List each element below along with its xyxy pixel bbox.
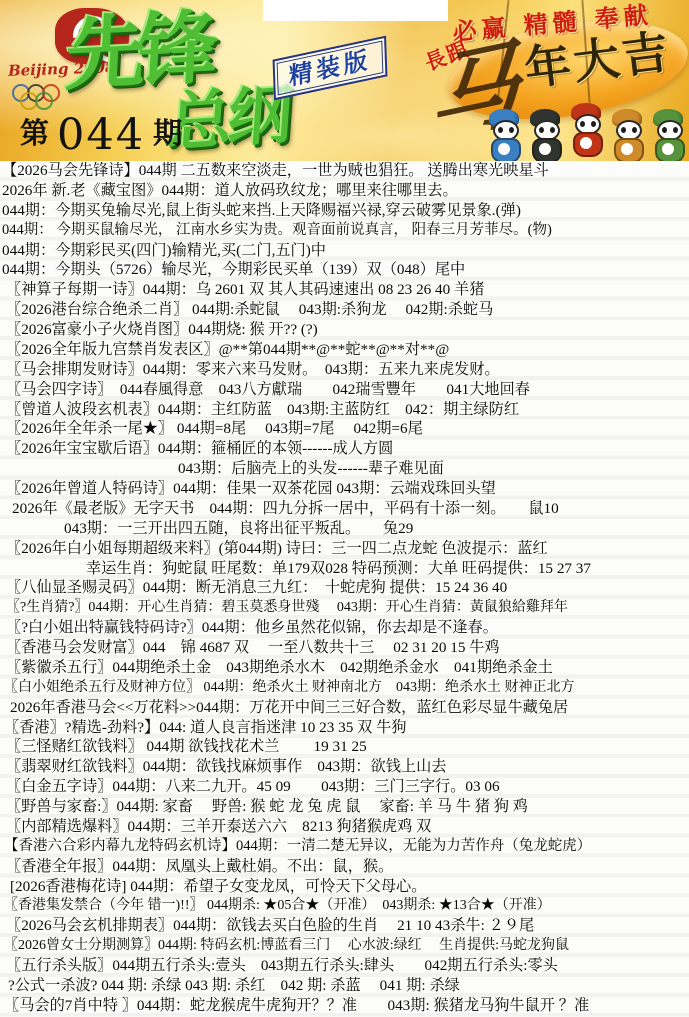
fuwa-mascot-icon <box>610 109 644 161</box>
tip-line: 〖香港〗?精选-劲料?】044: 道人良言指迷津 10 23 35 双 牛狗 <box>0 718 689 738</box>
tip-line: 〖八仙显圣赐灵码〗044期：断无消息三九红： 十蛇虎狗 提供：15 24 36 … <box>0 578 689 598</box>
tip-line: 〖白金五字诗〗044期：八来二九开。45 09 043期：三门三字行。03 06 <box>0 777 689 797</box>
tip-line: 〖香港马会发财富〗044 锦 4687 双 一至八数共十三 02 31 20 1… <box>0 638 689 658</box>
fuwa-mascot-icon <box>569 103 603 161</box>
tip-line: 〖香港全年报〗044期：凤凰头上戴杜娟。不出：鼠，猴。 <box>0 857 689 877</box>
tip-line: 2026年 新.老《藏宝图》044期：道人放码玖纹龙；哪里来往哪里去。 <box>0 181 689 201</box>
tip-line: 〖2026全年版九宫禁肖发表区〗@**第044期**@**蛇**@**对**@ <box>0 340 689 360</box>
tip-line: ?公式一杀波? 044 期: 杀绿 043 期: 杀红 042 期: 杀蓝 04… <box>0 976 689 996</box>
tip-line: 〖内部精选爆料〗044期：三羊开泰送六六 8213 狗猪猴虎鸡 双 <box>0 817 689 837</box>
tip-line: 〖紫徽杀五行〗044期绝杀土金 043期绝杀水木 042期绝杀金水 041期绝杀… <box>0 658 689 678</box>
issue-label: 第044期 <box>20 110 182 160</box>
tip-line: 〖2026港台综合绝杀二肖〗 044期:杀蛇鼠 043期:杀狗龙 042期:杀蛇… <box>0 300 689 320</box>
tip-line: 〖2026年曾道人特码诗〗044期：佳果一双茶花园 043期：云端戏珠回头望 <box>0 479 689 499</box>
fuwa-mascots <box>487 103 685 161</box>
tip-line: [2026香港梅花诗] 044期：希望子女变龙凤，可怜天下父母心。 <box>0 877 689 897</box>
tip-line: 〖2026年白小姐每期超级来料〗(第044期) 诗曰：三一四二点龙蛇 色波提示：… <box>0 539 689 559</box>
issue-prefix: 第 <box>20 118 49 150</box>
tips-list: 【2026马会先锋诗】044期 二五数来空淡走，一世为贼也猖狂。 送腾出寒光映星… <box>0 161 689 1017</box>
tip-line: 〖2026富豪小子火烧肖图〗044期烧: 猴 开?? (?) <box>0 320 689 340</box>
tip-line: 043期：一三开出四五随，良将出征平叛乱。 兔29 <box>0 519 689 539</box>
tip-sheet-page: Beijing 2008 先锋 总纲 第044期 精装版 必赢 精髓 奉献 長跟… <box>0 0 689 1017</box>
tip-line: 〖香港集发禁合（今年 错一)!!〗 044期杀: ★05合★（开准） 043期杀… <box>0 896 689 916</box>
tip-line: 〖?生肖猜?〗044期：开心生肖猜：碧玉莫悉身世殘 043期：开心生肖猜：黃鼠狼… <box>0 598 689 618</box>
tip-line: 〖神算子每期一诗〗044期：乌 2601 双 其人其码速速出 08 23 26 … <box>0 280 689 300</box>
tip-line: 〖白小姐绝杀五行及财神方位〗 044期：绝杀火土 财神南北方 043期：绝杀水土… <box>0 678 689 698</box>
tip-line: 044期：今期买兔输尽光,鼠上街头蛇来挡.上天降赐福兴禄,穿云破雾见景象.(弹) <box>0 201 689 221</box>
tip-line: 〖三怪赌红欲钱料〗 044期 欲钱找花术兰 19 31 25 <box>0 737 689 757</box>
tip-line: 〖曾道人波段玄机表〗044期：主红防蓝 043期:主蓝防红 042：期主绿防红 <box>0 400 689 420</box>
tip-line: 〖马会排期发财诗〗044期：零来六来马发财。 043期：五来九来虎发财。 <box>0 360 689 380</box>
tip-line: 〖2026年全年杀一尾★〗 044期=8尾 043期=7尾 042期=6尾 <box>0 419 689 439</box>
tip-line: 〖马会的7肖中特 〗044期：蛇龙猴虎牛虎狗开？？准 043期: 猴猪龙马狗牛鼠… <box>0 996 689 1016</box>
tip-line: 〖五行杀头版〗044期五行杀头:壹头 043期五行杀头:肆头 042期五行杀头:… <box>0 956 689 976</box>
tip-line: 043期：后脑壳上的头发------辈子难见面 <box>0 459 689 479</box>
tip-line: 幸运生肖：狗蛇鼠 旺尾数：单179双028 特码预测：大单 旺码提供：15 27… <box>0 559 689 579</box>
tip-line: 〖?白小姐出特赢钱特码诗?〗044期：他乡虽然花似锦，你去却是不逢春。 <box>0 618 689 638</box>
tip-line: 〖翡翠财红欲钱料〗044期：欲钱找麻烦事作 043期：欲钱上山去 <box>0 757 689 777</box>
fuwa-mascot-icon <box>651 109 685 161</box>
fuwa-belly-icon <box>498 143 510 155</box>
blank-censor-box <box>263 0 448 21</box>
tip-line: 044期： 今期买鼠输尽光， 江南水乡实为贵。观音面前说真言， 阳春三月芳菲尽。… <box>0 221 689 241</box>
tip-line: 【2026马会先锋诗】044期 二五数来空淡走，一世为贼也猖狂。 送腾出寒光映星… <box>0 161 689 181</box>
premium-edition-stamp: 精装版 <box>273 36 388 101</box>
masthead-title-zonggang: 总纲 <box>165 74 292 161</box>
tip-line: 〖2026年宝宝歇后语〗044期：箍桶匠的本领------成人方圆 <box>0 439 689 459</box>
tip-line: 〖马会四字诗〗 044春風得意 043八方獻瑞 042瑞雪豐年 041大地回春 <box>0 380 689 400</box>
tip-line: 2026年香港马会<<万花料>>044期：万花开中间三三好合数，蓝红色彩尽显牛藏… <box>0 698 689 718</box>
tip-line: 〖2026曾女士分期测算〗044期: 特码玄机:博蓝看三门 心水波:绿红 生肖提… <box>0 936 689 956</box>
tip-line: 〖2026马会玄机排期表〗044期：欲钱去买白色脸的生肖 21 10 43杀牛:… <box>0 916 689 936</box>
fuwa-belly-icon <box>621 143 633 155</box>
tip-line: 044期：今期彩民买(四门)输精光,买(二门,五门)中 <box>0 241 689 261</box>
tip-line: 2026年《最老版》无字天书 044期：四九分拆一居中，平码有十添一刻。 鼠10 <box>0 499 689 519</box>
tip-line: 044期：今期头（5726）输尽光，今期彩民买单（139）双（048）尾中 <box>0 260 689 280</box>
fuwa-belly-icon <box>580 137 592 149</box>
tip-line: 〖野兽与家畜:〗044期: 家畜 野兽: 猴 蛇 龙 兔 虎 鼠 家畜: 羊 马… <box>0 797 689 817</box>
header-banner: Beijing 2008 先锋 总纲 第044期 精装版 必赢 精髓 奉献 長跟… <box>0 0 689 161</box>
fuwa-mascot-icon <box>528 109 562 161</box>
fuwa-belly-icon <box>662 143 674 155</box>
issue-suffix: 期 <box>153 118 182 150</box>
tip-line: 【香港六合彩内幕九龙特码玄机诗】044期：一清二楚无异议，无能为力苦作舟（兔龙蛇… <box>0 837 689 857</box>
fuwa-mascot-icon <box>487 109 521 161</box>
issue-number: 044 <box>57 110 145 160</box>
fuwa-belly-icon <box>539 143 551 155</box>
